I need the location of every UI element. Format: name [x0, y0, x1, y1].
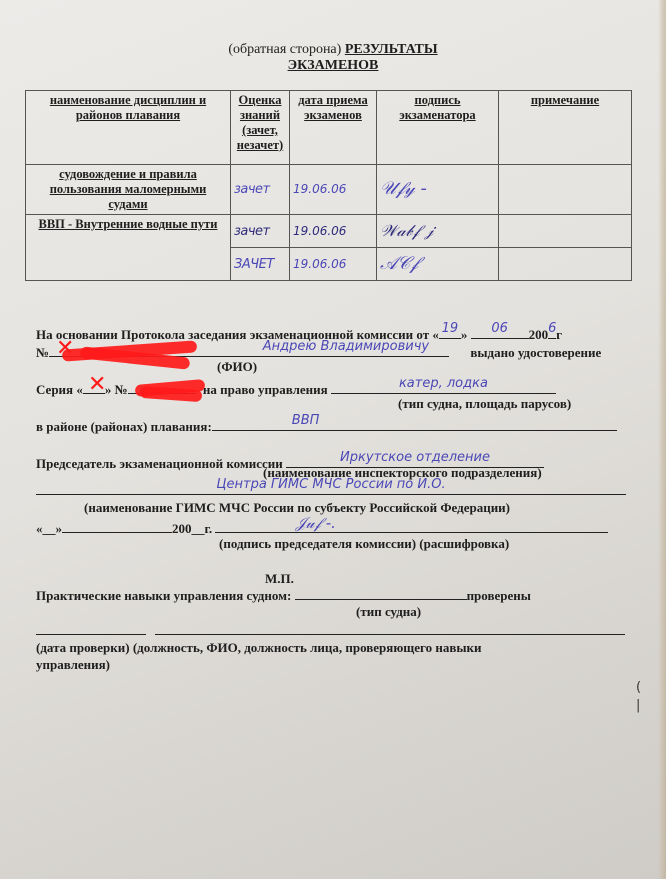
cell-note	[499, 215, 632, 248]
practical-vessel-field	[295, 586, 467, 600]
title-heading-1: РЕЗУЛЬТАТЫ	[345, 42, 438, 57]
header-grade: Оценка знаний (зачет, незачет)	[231, 91, 290, 165]
chairman-date-field	[62, 519, 172, 533]
vessel-type-field: катер, лодка	[331, 380, 556, 394]
cell-grade: зачет	[231, 165, 290, 215]
signature-scribble: 𝒰𝒻𝓎 -	[380, 178, 427, 199]
chairman-signature-field: 𝒥𝓊𝒻 -.	[215, 519, 608, 533]
table-row: судовождение и правила пользования малом…	[26, 165, 632, 215]
verification-caption-1: (дата проверки) (должность, ФИО, должнос…	[36, 640, 481, 656]
exam-results-table: наименование дисциплин и районов плавани…	[25, 90, 632, 281]
header-discipline: наименование дисциплин и районов плавани…	[26, 91, 231, 165]
cell-grade: зачет	[231, 215, 290, 248]
margin-mark: (	[636, 680, 641, 695]
cell-date: 19.06.06	[290, 248, 377, 281]
title-heading-2: ЭКЗАМЕНОВ	[288, 58, 379, 73]
protocol-year-field: 6	[548, 325, 556, 339]
signature-scribble: 𝒲𝒶𝒷𝒻 𝒿	[380, 221, 433, 240]
cell-date: 19.06.06	[290, 215, 377, 248]
margin-mark: |	[636, 698, 640, 713]
header-date: дата приема экзаменов	[290, 91, 377, 165]
protocol-month-field: 06	[471, 325, 529, 339]
chairman-date-line: «__»200__г. 𝒥𝓊𝒻 -.	[36, 519, 608, 537]
verifier-field	[155, 621, 625, 635]
vessel-type-caption: (тип судна, площадь парусов)	[398, 396, 571, 412]
cell-signature: 𝒰𝒻𝓎 -	[377, 165, 499, 215]
paper-edge	[658, 0, 666, 879]
redaction-x-mark: ✕	[88, 372, 106, 397]
practical-vessel-caption: (тип судна)	[356, 604, 421, 620]
cell-signature: 𝒲𝒶𝒷𝒻 𝒿	[377, 215, 499, 248]
cell-discipline: ВВП - Внутренние водные пути	[26, 215, 231, 281]
document-title: (обратная сторона) РЕЗУЛЬТАТЫ ЭКЗАМЕНОВ	[0, 42, 666, 74]
cell-grade: ЗАЧЕТ	[231, 248, 290, 281]
header-note: примечание	[499, 91, 632, 165]
area-line: в районе (районах) плавания:ВВП	[36, 417, 617, 435]
fio-caption: (ФИО)	[217, 359, 257, 375]
cell-date: 19.06.06	[290, 165, 377, 215]
cell-note	[499, 248, 632, 281]
table-row: ВВП - Внутренние водные пути зачет 19.06…	[26, 215, 632, 248]
cell-discipline: судовождение и правила пользования малом…	[26, 165, 231, 215]
cell-note	[499, 165, 632, 215]
gims-line: Центра ГИМС МЧС России по И.О.	[36, 481, 626, 499]
verification-date-field	[36, 621, 146, 635]
stamp-place: М.П.	[265, 571, 294, 587]
header-signature: подпись экзаменатора	[377, 91, 499, 165]
signature-scribble: 𝒜𝒞𝒻	[380, 253, 418, 274]
table-header-row: наименование дисциплин и районов плавани…	[26, 91, 632, 165]
title-prefix: (обратная сторона)	[228, 42, 341, 57]
redaction-x-mark: ✕	[56, 336, 74, 361]
gims-field: Центра ГИМС МЧС России по И.О.	[36, 481, 626, 495]
verification-line	[36, 621, 625, 639]
cell-signature: 𝒜𝒞𝒻	[377, 248, 499, 281]
area-field: ВВП	[212, 417, 617, 431]
issued-text: выдано удостоверение	[470, 345, 601, 360]
chairman-signature-caption: (подпись председателя комиссии) (расшифр…	[219, 536, 509, 552]
practical-line: Практические навыки управления судном: п…	[36, 586, 531, 604]
verification-caption-2: управления)	[36, 657, 110, 673]
protocol-day-field: 19	[439, 325, 461, 339]
